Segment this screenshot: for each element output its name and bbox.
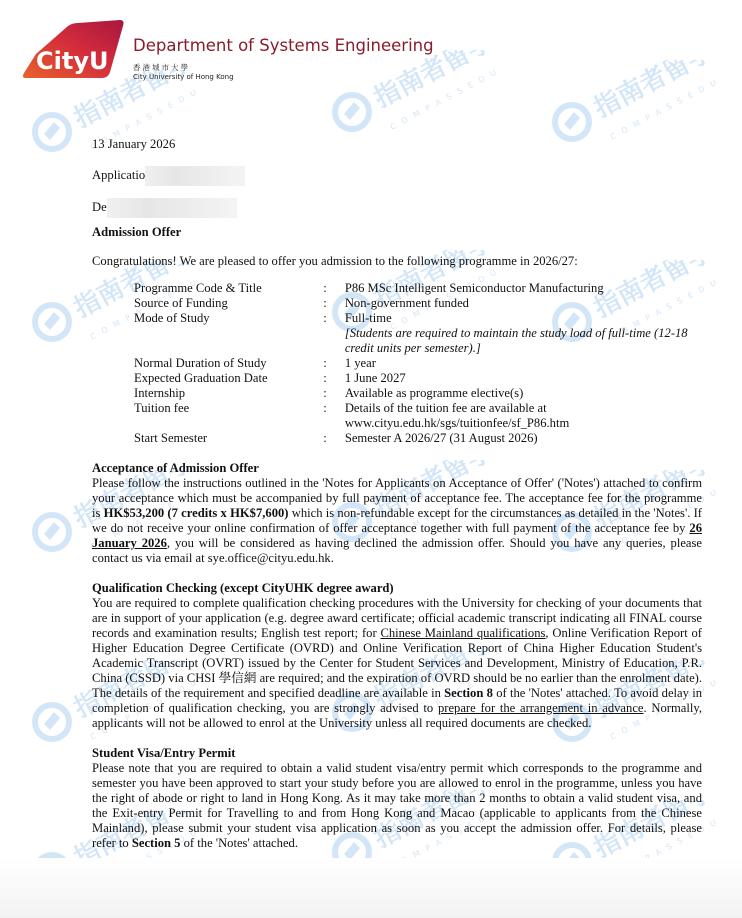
programme-row-label: Start Semester (134, 431, 323, 446)
programme-row: Source of Funding:Non-government funded (134, 296, 702, 311)
intro-text: Congratulations! We are pleased to offer… (92, 254, 702, 269)
separator: : (323, 371, 345, 386)
separator: : (323, 431, 345, 446)
programme-row-label: Expected Graduation Date (134, 371, 323, 386)
separator: : (323, 401, 345, 431)
programme-row-label: Programme Code & Title (134, 281, 323, 296)
redacted-application-number (145, 166, 245, 186)
prepare-arrangement-link[interactable]: prepare for the arrangement in advance (438, 701, 644, 715)
programme-row-value: Available as programme elective(s) (345, 386, 702, 401)
programme-row-value: 1 June 2027 (345, 371, 702, 386)
programme-row: Internship:Available as programme electi… (134, 386, 702, 401)
cityu-logo: CityU (22, 18, 126, 80)
qualification-paragraph: You are required to complete qualificati… (92, 596, 702, 731)
programme-row-value: P86 MSc Intelligent Semiconductor Manufa… (345, 281, 702, 296)
chinese-mainland-qualifications-link[interactable]: Chinese Mainland qualifications (380, 626, 545, 640)
letter-date: 13 January 2026 (92, 137, 702, 152)
programme-row-label: Tuition fee (134, 401, 323, 431)
programme-row: Start Semester:Semester A 2026/27 (31 Au… (134, 431, 702, 446)
programme-row: Programme Code & Title:P86 MSc Intellige… (134, 281, 702, 296)
watermark: 指南者留学COMPASSEDU (330, 50, 520, 140)
compass-logo-icon (35, 305, 69, 339)
department-title: Department of Systems Engineering (133, 36, 434, 55)
visa-heading: Student Visa/Entry Permit (92, 746, 702, 761)
dear-label: De (92, 200, 107, 214)
compass-logo-icon (335, 95, 369, 129)
separator: : (323, 311, 345, 356)
application-number-row: Applicatio (92, 166, 702, 186)
programme-details-table: Programme Code & Title:P86 MSc Intellige… (134, 281, 702, 446)
programme-row-label: Mode of Study (134, 311, 323, 356)
visa-paragraph: Please note that you are required to obt… (92, 761, 702, 851)
page-bottom-shadow (0, 858, 742, 918)
application-label: Applicatio (92, 168, 145, 182)
programme-row-value: 1 year (345, 356, 702, 371)
compass-logo-icon (35, 115, 69, 149)
redacted-applicant-name (107, 198, 237, 218)
svg-text:CityU: CityU (36, 47, 108, 75)
tuition-fee-url[interactable]: www.cityu.edu.hk/sgs/tuitionfee/sf_P86.h… (345, 416, 702, 431)
separator: : (323, 281, 345, 296)
separator: : (323, 296, 345, 311)
letter-body: 13 January 2026 Applicatio De Admission … (92, 137, 702, 851)
section-5-ref: Section 5 (132, 836, 181, 850)
separator: : (323, 386, 345, 401)
compass-logo-icon (35, 705, 69, 739)
programme-row: Mode of Study:Full-time[Students are req… (134, 311, 702, 356)
acceptance-fee: HK$53,200 (7 credits x HK$7,600) (104, 506, 289, 520)
programme-row: Normal Duration of Study:1 year (134, 356, 702, 371)
salutation-row: De (92, 198, 702, 218)
letter-title: Admission Offer (92, 225, 702, 240)
svg-text:指南者留学: 指南者留学 (589, 60, 718, 124)
separator: : (323, 356, 345, 371)
programme-row-value: Semester A 2026/27 (31 August 2026) (345, 431, 702, 446)
programme-row-label: Normal Duration of Study (134, 356, 323, 371)
programme-row-value: Full-time[Students are required to maint… (345, 311, 702, 356)
acceptance-paragraph: Please follow the instructions outlined … (92, 476, 702, 566)
university-name-cn: 香港城市大學 (133, 62, 190, 73)
compass-logo-icon (35, 515, 69, 549)
programme-row: Expected Graduation Date:1 June 2027 (134, 371, 702, 386)
acceptance-heading: Acceptance of Admission Offer (92, 461, 702, 476)
qualification-heading: Qualification Checking (except CityUHK d… (92, 581, 702, 596)
section-8-ref: Section 8 (444, 686, 493, 700)
svg-text:COMPASSEDU: COMPASSEDU (389, 65, 504, 132)
study-load-note: [Students are required to maintain the s… (345, 326, 702, 356)
contact-email[interactable]: sye.office@cityu.edu.hk (208, 551, 331, 565)
programme-row-value: Non-government funded (345, 296, 702, 311)
programme-row-label: Internship (134, 386, 323, 401)
university-name-en: City University of Hong Kong (133, 73, 234, 81)
programme-row-label: Source of Funding (134, 296, 323, 311)
svg-text:指南者留学: 指南者留学 (369, 50, 498, 114)
programme-row-value: Details of the tuition fee are available… (345, 401, 702, 431)
svg-text:COMPASSEDU: COMPASSEDU (609, 75, 724, 142)
compass-logo-icon (555, 105, 589, 139)
programme-row: Tuition fee:Details of the tuition fee a… (134, 401, 702, 431)
